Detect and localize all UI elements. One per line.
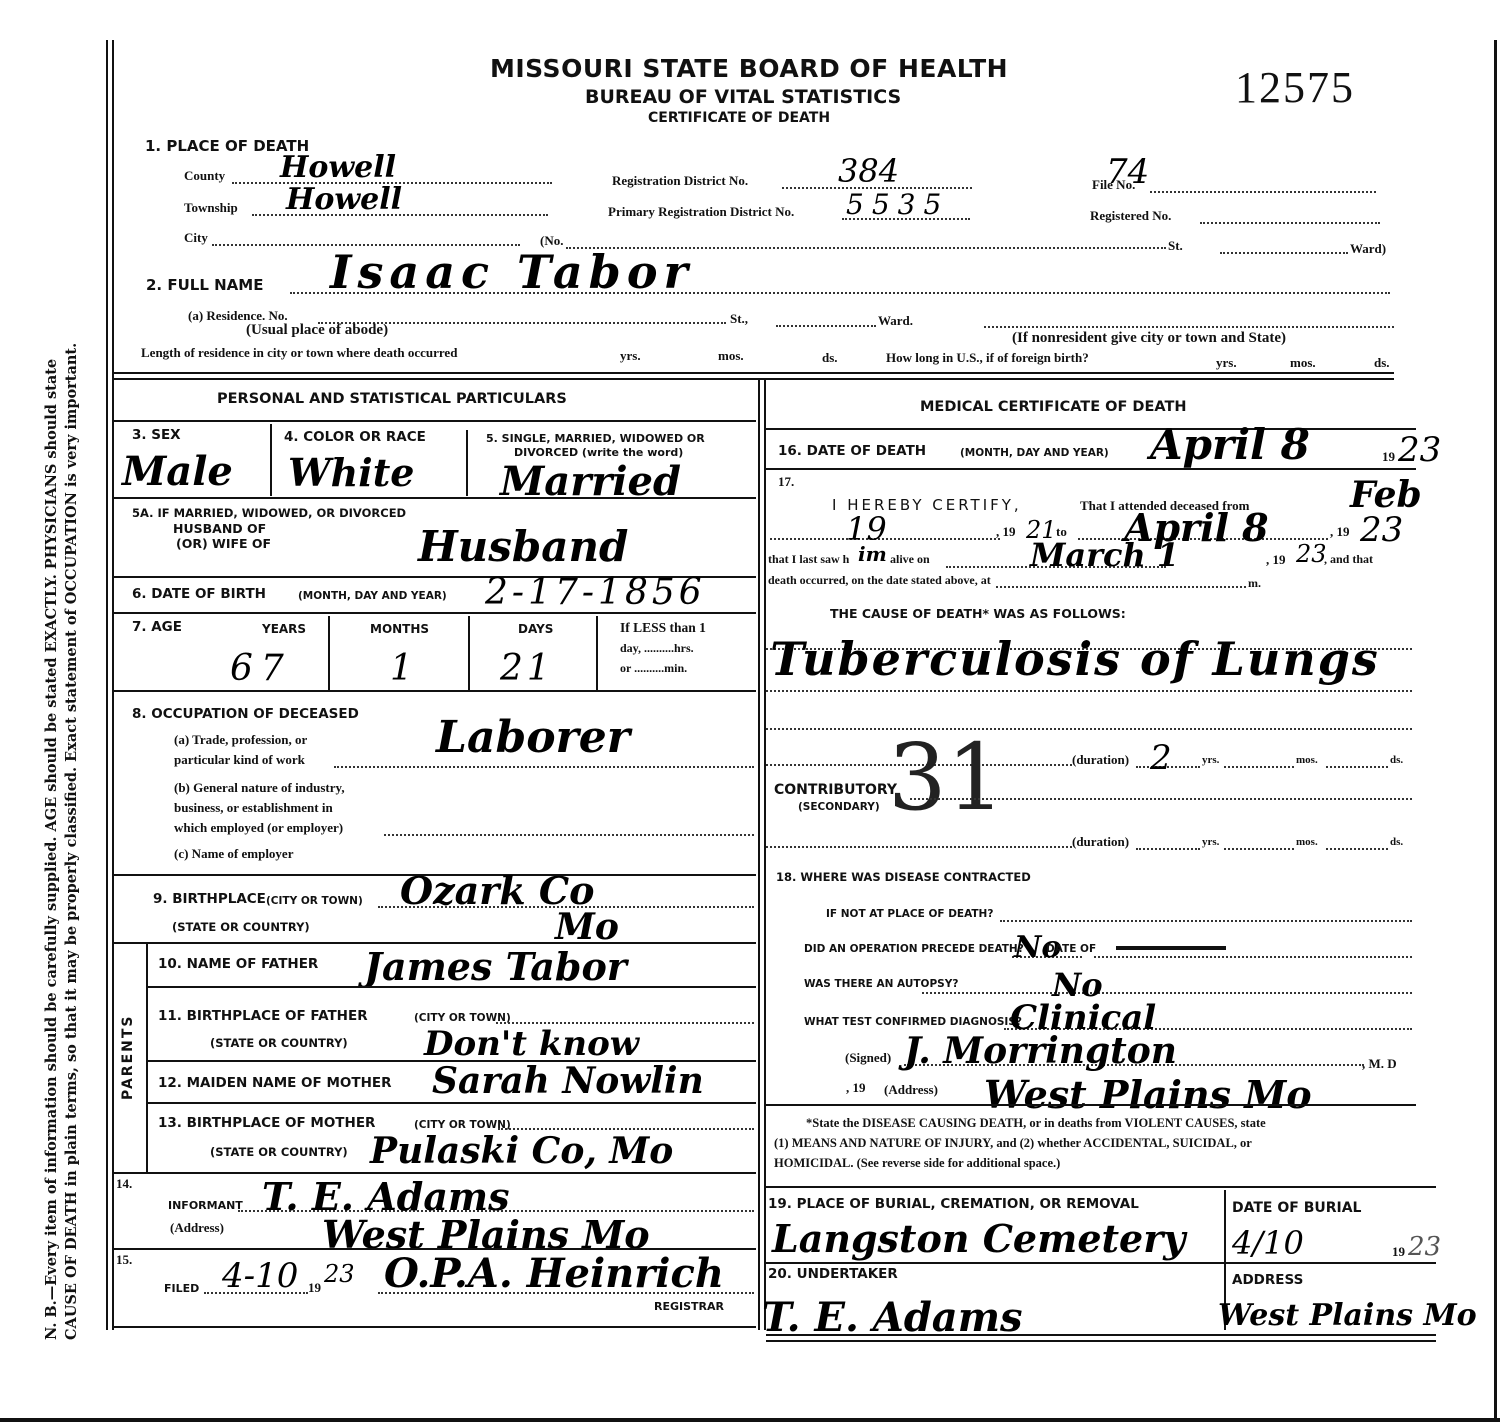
registrar-value: O.P.A. Heinrich bbox=[384, 1250, 724, 1297]
footnote-line-1: *State the DISEASE CAUSING DEATH, or in … bbox=[806, 1116, 1266, 1131]
frame-right bbox=[1494, 40, 1497, 1420]
undertaker-address-value: West Plains Mo bbox=[1218, 1298, 1477, 1333]
dob-label: 6. DATE OF BIRTH bbox=[132, 586, 266, 602]
city-label: City bbox=[184, 230, 208, 246]
residence-st-label: St., bbox=[730, 311, 748, 327]
age-less-label-2: day, ..........hrs. bbox=[620, 641, 694, 656]
operation-label: DID AN OPERATION PRECEDE DEATH? bbox=[804, 943, 1024, 955]
form-subtitle: BUREAU OF VITAL STATISTICS bbox=[585, 86, 901, 108]
informant-address-label: (Address) bbox=[170, 1220, 224, 1236]
dob-value: 2-17-1856 bbox=[485, 572, 706, 613]
dob-sub-label: (MONTH, DAY AND YEAR) bbox=[298, 590, 447, 602]
county-value: Howell bbox=[280, 150, 396, 185]
father-state-label: (STATE OR COUNTRY) bbox=[210, 1036, 348, 1050]
spouse-value: Husband bbox=[418, 522, 628, 571]
father-birthplace-label: 11. BIRTHPLACE OF FATHER bbox=[158, 1008, 368, 1024]
age-years-label: YEARS bbox=[262, 622, 306, 636]
occupation-b-label-2: business, or establishment in bbox=[174, 800, 333, 816]
spouse-label-1: 5A. IF MARRIED, WIDOWED, OR DIVORCED bbox=[132, 506, 406, 520]
contributory-label: CONTRIBUTORY bbox=[774, 782, 897, 798]
autopsy-label: WAS THERE AN AUTOPSY? bbox=[804, 978, 958, 990]
signed-address-value: West Plains Mo bbox=[984, 1072, 1312, 1117]
signed-value: J. Morrington bbox=[904, 1030, 1177, 1072]
foreign-mos-label: mos. bbox=[1290, 355, 1316, 371]
date-of-death-label: 16. DATE OF DEATH bbox=[778, 443, 926, 459]
rule bbox=[114, 1326, 756, 1328]
occupation-label: 8. OCCUPATION OF DECEASED bbox=[132, 706, 359, 722]
rule bbox=[468, 616, 470, 690]
registrar-label: REGISTRAR bbox=[654, 1300, 724, 1313]
registered-no-label: Registered No. bbox=[1090, 208, 1171, 224]
undertaker-label: 20. UNDERTAKER bbox=[768, 1266, 898, 1282]
rule bbox=[146, 944, 148, 1172]
spouse-label-2: HUSBAND OF bbox=[173, 521, 266, 536]
frame-left-outer bbox=[106, 40, 108, 1330]
last-saw-year-prefix: , 19 bbox=[1266, 552, 1286, 568]
occupation-b-label-3: which employed (or employer) bbox=[174, 820, 343, 836]
foreign-yrs-label: yrs. bbox=[1216, 355, 1237, 371]
frame-bottom bbox=[0, 1418, 1500, 1422]
rule bbox=[148, 1102, 756, 1104]
footnote-line-2: (1) MEANS AND NATURE OF INJURY, and (2) … bbox=[774, 1136, 1252, 1151]
date-of-death-sub: (MONTH, DAY AND YEAR) bbox=[960, 447, 1109, 459]
date-of-death-month-day: April 8 bbox=[1150, 420, 1310, 469]
test-confirmed-label: WHAT TEST CONFIRMED DIAGNOSIS? bbox=[804, 1016, 1022, 1028]
death-occurred-label: death occurred, on the date stated above… bbox=[768, 573, 991, 588]
footnote-line-3: HOMICIDAL. (See reverse side for additio… bbox=[774, 1156, 1060, 1171]
filed-year-prefix: 19 bbox=[308, 1280, 321, 1296]
rule bbox=[766, 1262, 1436, 1264]
rule bbox=[114, 690, 756, 692]
city-ward-label: Ward) bbox=[1350, 241, 1386, 257]
occupation-a-label-1: (a) Trade, profession, or bbox=[174, 732, 307, 748]
marginal-code: 31 bbox=[888, 724, 1005, 831]
cause-value: Tuberculosis of Lungs bbox=[770, 632, 1380, 686]
length-yrs-label: yrs. bbox=[620, 348, 641, 364]
primary-registration-label: Primary Registration District No. bbox=[608, 204, 794, 220]
form-title: MISSOURI STATE BOARD OF HEALTH bbox=[490, 54, 1008, 83]
operation-date-label: DATE OF bbox=[1046, 943, 1096, 955]
personal-section-title: PERSONAL AND STATISTICAL PARTICULARS bbox=[217, 391, 567, 407]
city-st-label: St. bbox=[1168, 238, 1183, 254]
rule bbox=[766, 1340, 1436, 1342]
rule bbox=[766, 1186, 1436, 1188]
informant-label: INFORMANT bbox=[168, 1199, 243, 1212]
duration-2-ds-label: ds. bbox=[1390, 836, 1403, 848]
filed-num: 15. bbox=[116, 1252, 132, 1268]
length-mos-label: mos. bbox=[718, 348, 744, 364]
attended-from-year-prefix: , 19 bbox=[996, 524, 1016, 540]
age-months-value: 1 bbox=[390, 648, 413, 689]
abode-label: (Usual place of abode) bbox=[246, 322, 388, 339]
spouse-label-3: (OR) WIFE OF bbox=[176, 536, 271, 551]
mother-birthplace-label: 13. BIRTHPLACE OF MOTHER bbox=[158, 1115, 375, 1131]
township-value: Howell bbox=[286, 182, 402, 217]
marital-label: 5. SINGLE, MARRIED, WIDOWED OR bbox=[486, 432, 705, 445]
rule bbox=[114, 420, 756, 422]
registration-district-value: 384 bbox=[838, 152, 899, 190]
burial-place-value: Langston Cemetery bbox=[772, 1216, 1185, 1261]
medical-section-title: MEDICAL CERTIFICATE OF DEATH bbox=[920, 399, 1187, 415]
cause-label: THE CAUSE OF DEATH* WAS AS FOLLOWS: bbox=[830, 606, 1126, 621]
age-label: 7. AGE bbox=[132, 619, 182, 635]
form-name: CERTIFICATE OF DEATH bbox=[648, 110, 830, 126]
attended-to-year-prefix: , 19 bbox=[1330, 524, 1350, 540]
occupation-c-label: (c) Name of employer bbox=[174, 846, 293, 862]
nonresident-label: (If nonresident give city or town and St… bbox=[1012, 330, 1286, 347]
instruction-line-2: CAUSE OF DEATH in plain terms, so that i… bbox=[62, 343, 82, 1340]
where-contracted-label: 18. WHERE WAS DISEASE CONTRACTED bbox=[776, 870, 1031, 884]
rule bbox=[766, 1334, 1436, 1336]
alive-on-label: alive on bbox=[890, 552, 930, 567]
primary-registration-value: 5535 bbox=[846, 188, 949, 221]
date-of-death-year-prefix: 19 bbox=[1382, 449, 1395, 465]
last-saw-date: March 1 bbox=[1030, 536, 1179, 574]
signed-year-prefix: , 19 bbox=[846, 1080, 866, 1096]
rule bbox=[766, 428, 1416, 430]
birthplace-label: 9. BIRTHPLACE bbox=[153, 891, 266, 907]
duration-2-label: (duration) bbox=[1072, 834, 1129, 850]
filed-label: FILED bbox=[164, 1282, 199, 1295]
mother-maiden-label: 12. MAIDEN NAME OF MOTHER bbox=[158, 1075, 391, 1091]
attended-to-year: 23 bbox=[1360, 510, 1403, 550]
operation-date-dash bbox=[1116, 946, 1226, 950]
rule bbox=[766, 1104, 1416, 1106]
death-time-m-label: m. bbox=[1248, 576, 1261, 591]
signed-label: (Signed) bbox=[845, 1050, 891, 1066]
registration-district-label: Registration District No. bbox=[612, 173, 748, 189]
certificate-number: 12575 bbox=[1235, 62, 1355, 113]
race-label: 4. COLOR OR RACE bbox=[284, 429, 426, 445]
rule bbox=[766, 468, 1416, 470]
frame-left-inner bbox=[112, 40, 114, 1330]
mother-state-label: (STATE OR COUNTRY) bbox=[210, 1145, 348, 1159]
signed-address-label: (Address) bbox=[884, 1082, 938, 1098]
full-name-label: 2. FULL NAME bbox=[146, 276, 263, 294]
and-that-label: , and that bbox=[1324, 552, 1373, 567]
age-less-label-1: If LESS than 1 bbox=[620, 620, 706, 636]
duration-2-yrs-label: yrs. bbox=[1202, 836, 1219, 848]
race-value: White bbox=[288, 450, 414, 495]
age-less-label-3: or ..........min. bbox=[620, 661, 687, 676]
burial-year-prefix: 19 bbox=[1392, 1244, 1405, 1260]
father-name-value: James Tabor bbox=[364, 944, 627, 989]
burial-date-label: DATE OF BURIAL bbox=[1232, 1200, 1361, 1216]
full-name-value: Isaac Tabor bbox=[330, 245, 694, 299]
rule bbox=[114, 612, 756, 614]
md-label: , M. D bbox=[1362, 1056, 1397, 1072]
county-label: County bbox=[184, 168, 225, 184]
last-saw-pronoun: im bbox=[858, 542, 887, 566]
secondary-label: (SECONDARY) bbox=[798, 801, 880, 813]
rule bbox=[114, 497, 756, 499]
birthplace-state-label: (STATE OR COUNTRY) bbox=[172, 920, 310, 934]
instruction-note: N. B.—Every item of information should b… bbox=[0, 0, 60, 1425]
sex-label: 3. SEX bbox=[132, 427, 181, 443]
informant-num: 14. bbox=[116, 1176, 132, 1192]
occupation-b-label-1: (b) General nature of industry, bbox=[174, 780, 345, 796]
burial-date-value: 4/10 bbox=[1232, 1224, 1304, 1262]
birthplace-sub-label: (CITY OR TOWN) bbox=[266, 895, 363, 907]
duration-mos-label: mos. bbox=[1296, 754, 1318, 766]
foreign-ds-label: ds. bbox=[1374, 355, 1390, 371]
rule bbox=[596, 616, 598, 690]
duration-2-mos-label: mos. bbox=[1296, 836, 1318, 848]
file-no-value: 74 bbox=[1106, 152, 1149, 192]
duration-yrs-label: yrs. bbox=[1202, 754, 1219, 766]
last-saw-year: 23 bbox=[1296, 540, 1327, 568]
filed-date-value: 4-10 bbox=[222, 1256, 298, 1296]
if-not-at-place-label: IF NOT AT PLACE OF DEATH? bbox=[826, 908, 993, 920]
burial-place-label: 19. PLACE OF BURIAL, CREMATION, OR REMOV… bbox=[768, 1196, 1139, 1212]
residence-ward-label: Ward. bbox=[878, 313, 913, 329]
filed-year-value: 23 bbox=[324, 1260, 355, 1288]
father-name-label: 10. NAME OF FATHER bbox=[158, 956, 318, 972]
father-birthplace-value: Don't know bbox=[424, 1024, 639, 1064]
duration-label: (duration) bbox=[1072, 752, 1129, 768]
undertaker-address-label: ADDRESS bbox=[1232, 1272, 1303, 1288]
foreign-birth-label: How long in U.S., if of foreign birth? bbox=[886, 350, 1089, 366]
mother-maiden-value: Sarah Nowlin bbox=[432, 1060, 704, 1102]
certify-num: 17. bbox=[778, 474, 794, 490]
duration-ds-label: ds. bbox=[1390, 754, 1403, 766]
sex-value: Male bbox=[122, 448, 233, 495]
instruction-line-1: N. B.—Every item of information should b… bbox=[42, 343, 62, 1340]
occupation-a-value: Laborer bbox=[436, 712, 630, 763]
age-days-value: 21 bbox=[500, 648, 554, 689]
rule bbox=[148, 986, 756, 988]
header-divider-2 bbox=[114, 378, 1394, 380]
rule bbox=[270, 424, 272, 496]
header-divider-1 bbox=[114, 372, 1394, 374]
occupation-a-label-2: particular kind of work bbox=[174, 752, 305, 768]
parents-side-label: PARENTS bbox=[120, 1014, 136, 1100]
age-days-label: DAYS bbox=[518, 622, 553, 636]
date-of-death-year: 23 bbox=[1398, 430, 1441, 470]
burial-year-value: 23 bbox=[1408, 1232, 1441, 1262]
rule bbox=[328, 616, 330, 690]
length-ds-label: ds. bbox=[822, 350, 838, 366]
mother-birthplace-value: Pulaski Co, Mo bbox=[370, 1130, 673, 1172]
length-residence-label: Length of residence in city or town wher… bbox=[141, 345, 457, 361]
duration-years-value: 2 bbox=[1150, 738, 1172, 778]
rule bbox=[466, 430, 468, 496]
age-months-label: MONTHS bbox=[370, 622, 429, 636]
center-divider-left bbox=[758, 380, 760, 1330]
township-label: Township bbox=[184, 200, 238, 216]
last-saw-label: that I last saw h bbox=[768, 552, 849, 567]
age-years-value: 67 bbox=[230, 648, 292, 689]
